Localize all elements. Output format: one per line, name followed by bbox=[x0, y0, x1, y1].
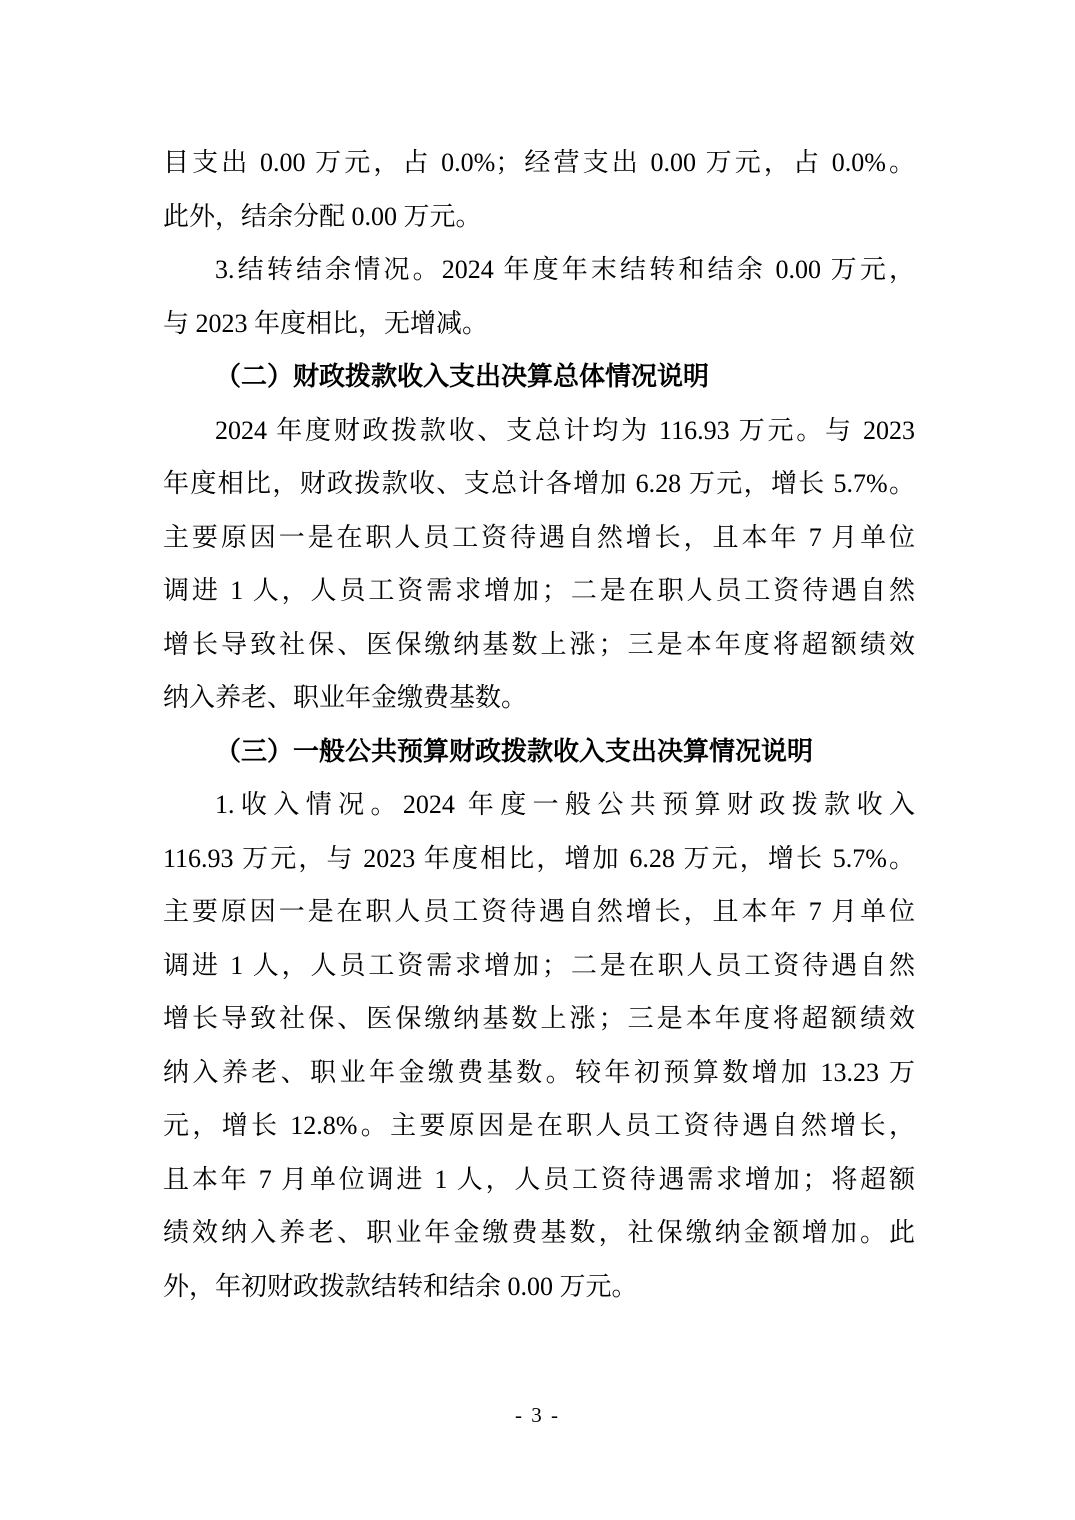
text-line: 增长导致社保、医保缴纳基数上涨；三是本年度将超额绩效 bbox=[163, 992, 915, 1046]
text-line: 主要原因一是在职人员工资待遇自然增长，且本年 7 月单位 bbox=[163, 885, 915, 939]
text-line: 纳入养老、职业年金缴费基数。 bbox=[163, 671, 915, 725]
text-line: 年度相比，财政拨款收、支总计各增加 6.28 万元，增长 5.7%。 bbox=[163, 457, 915, 511]
text-line: 主要原因一是在职人员工资待遇自然增长，且本年 7 月单位 bbox=[163, 511, 915, 565]
text-line: 此外，结余分配 0.00 万元。 bbox=[163, 190, 915, 244]
heading-line: （三）一般公共预算财政拨款收入支出决算情况说明 bbox=[163, 725, 915, 779]
page-footer: - 3 - bbox=[0, 1400, 1075, 1430]
document-body: 目支出 0.00 万元，占 0.0%；经营支出 0.00 万元，占 0.0%。此… bbox=[163, 136, 915, 1313]
text-line: 与 2023 年度相比，无增减。 bbox=[163, 297, 915, 351]
text-line: 增长导致社保、医保缴纳基数上涨；三是本年度将超额绩效 bbox=[163, 618, 915, 672]
text-line: 1.收入情况。2024 年度一般公共预算财政拨款收入 bbox=[163, 778, 915, 832]
text-line: 2024 年度财政拨款收、支总计均为 116.93 万元。与 2023 bbox=[163, 404, 915, 458]
text-line: 且本年 7 月单位调进 1 人，人员工资待遇需求增加；将超额 bbox=[163, 1153, 915, 1207]
text-line: 调进 1 人，人员工资需求增加；二是在职人员工资待遇自然 bbox=[163, 939, 915, 993]
text-line: 3.结转结余情况。2024 年度年末结转和结余 0.00 万元， bbox=[163, 243, 915, 297]
text-line: 纳入养老、职业年金缴费基数。较年初预算数增加 13.23 万 bbox=[163, 1046, 915, 1100]
document-page: 目支出 0.00 万元，占 0.0%；经营支出 0.00 万元，占 0.0%。此… bbox=[0, 0, 1075, 1520]
text-line: 外，年初财政拨款结转和结余 0.00 万元。 bbox=[163, 1260, 915, 1314]
text-line: 目支出 0.00 万元，占 0.0%；经营支出 0.00 万元，占 0.0%。 bbox=[163, 136, 915, 190]
heading-line: （二）财政拨款收入支出决算总体情况说明 bbox=[163, 350, 915, 404]
text-line: 绩效纳入养老、职业年金缴费基数，社保缴纳金额增加。此 bbox=[163, 1206, 915, 1260]
page-number: - 3 - bbox=[515, 1403, 560, 1427]
text-line: 116.93 万元，与 2023 年度相比，增加 6.28 万元，增长 5.7%… bbox=[163, 832, 915, 886]
text-line: 调进 1 人，人员工资需求增加；二是在职人员工资待遇自然 bbox=[163, 564, 915, 618]
text-line: 元，增长 12.8%。主要原因是在职人员工资待遇自然增长， bbox=[163, 1099, 915, 1153]
